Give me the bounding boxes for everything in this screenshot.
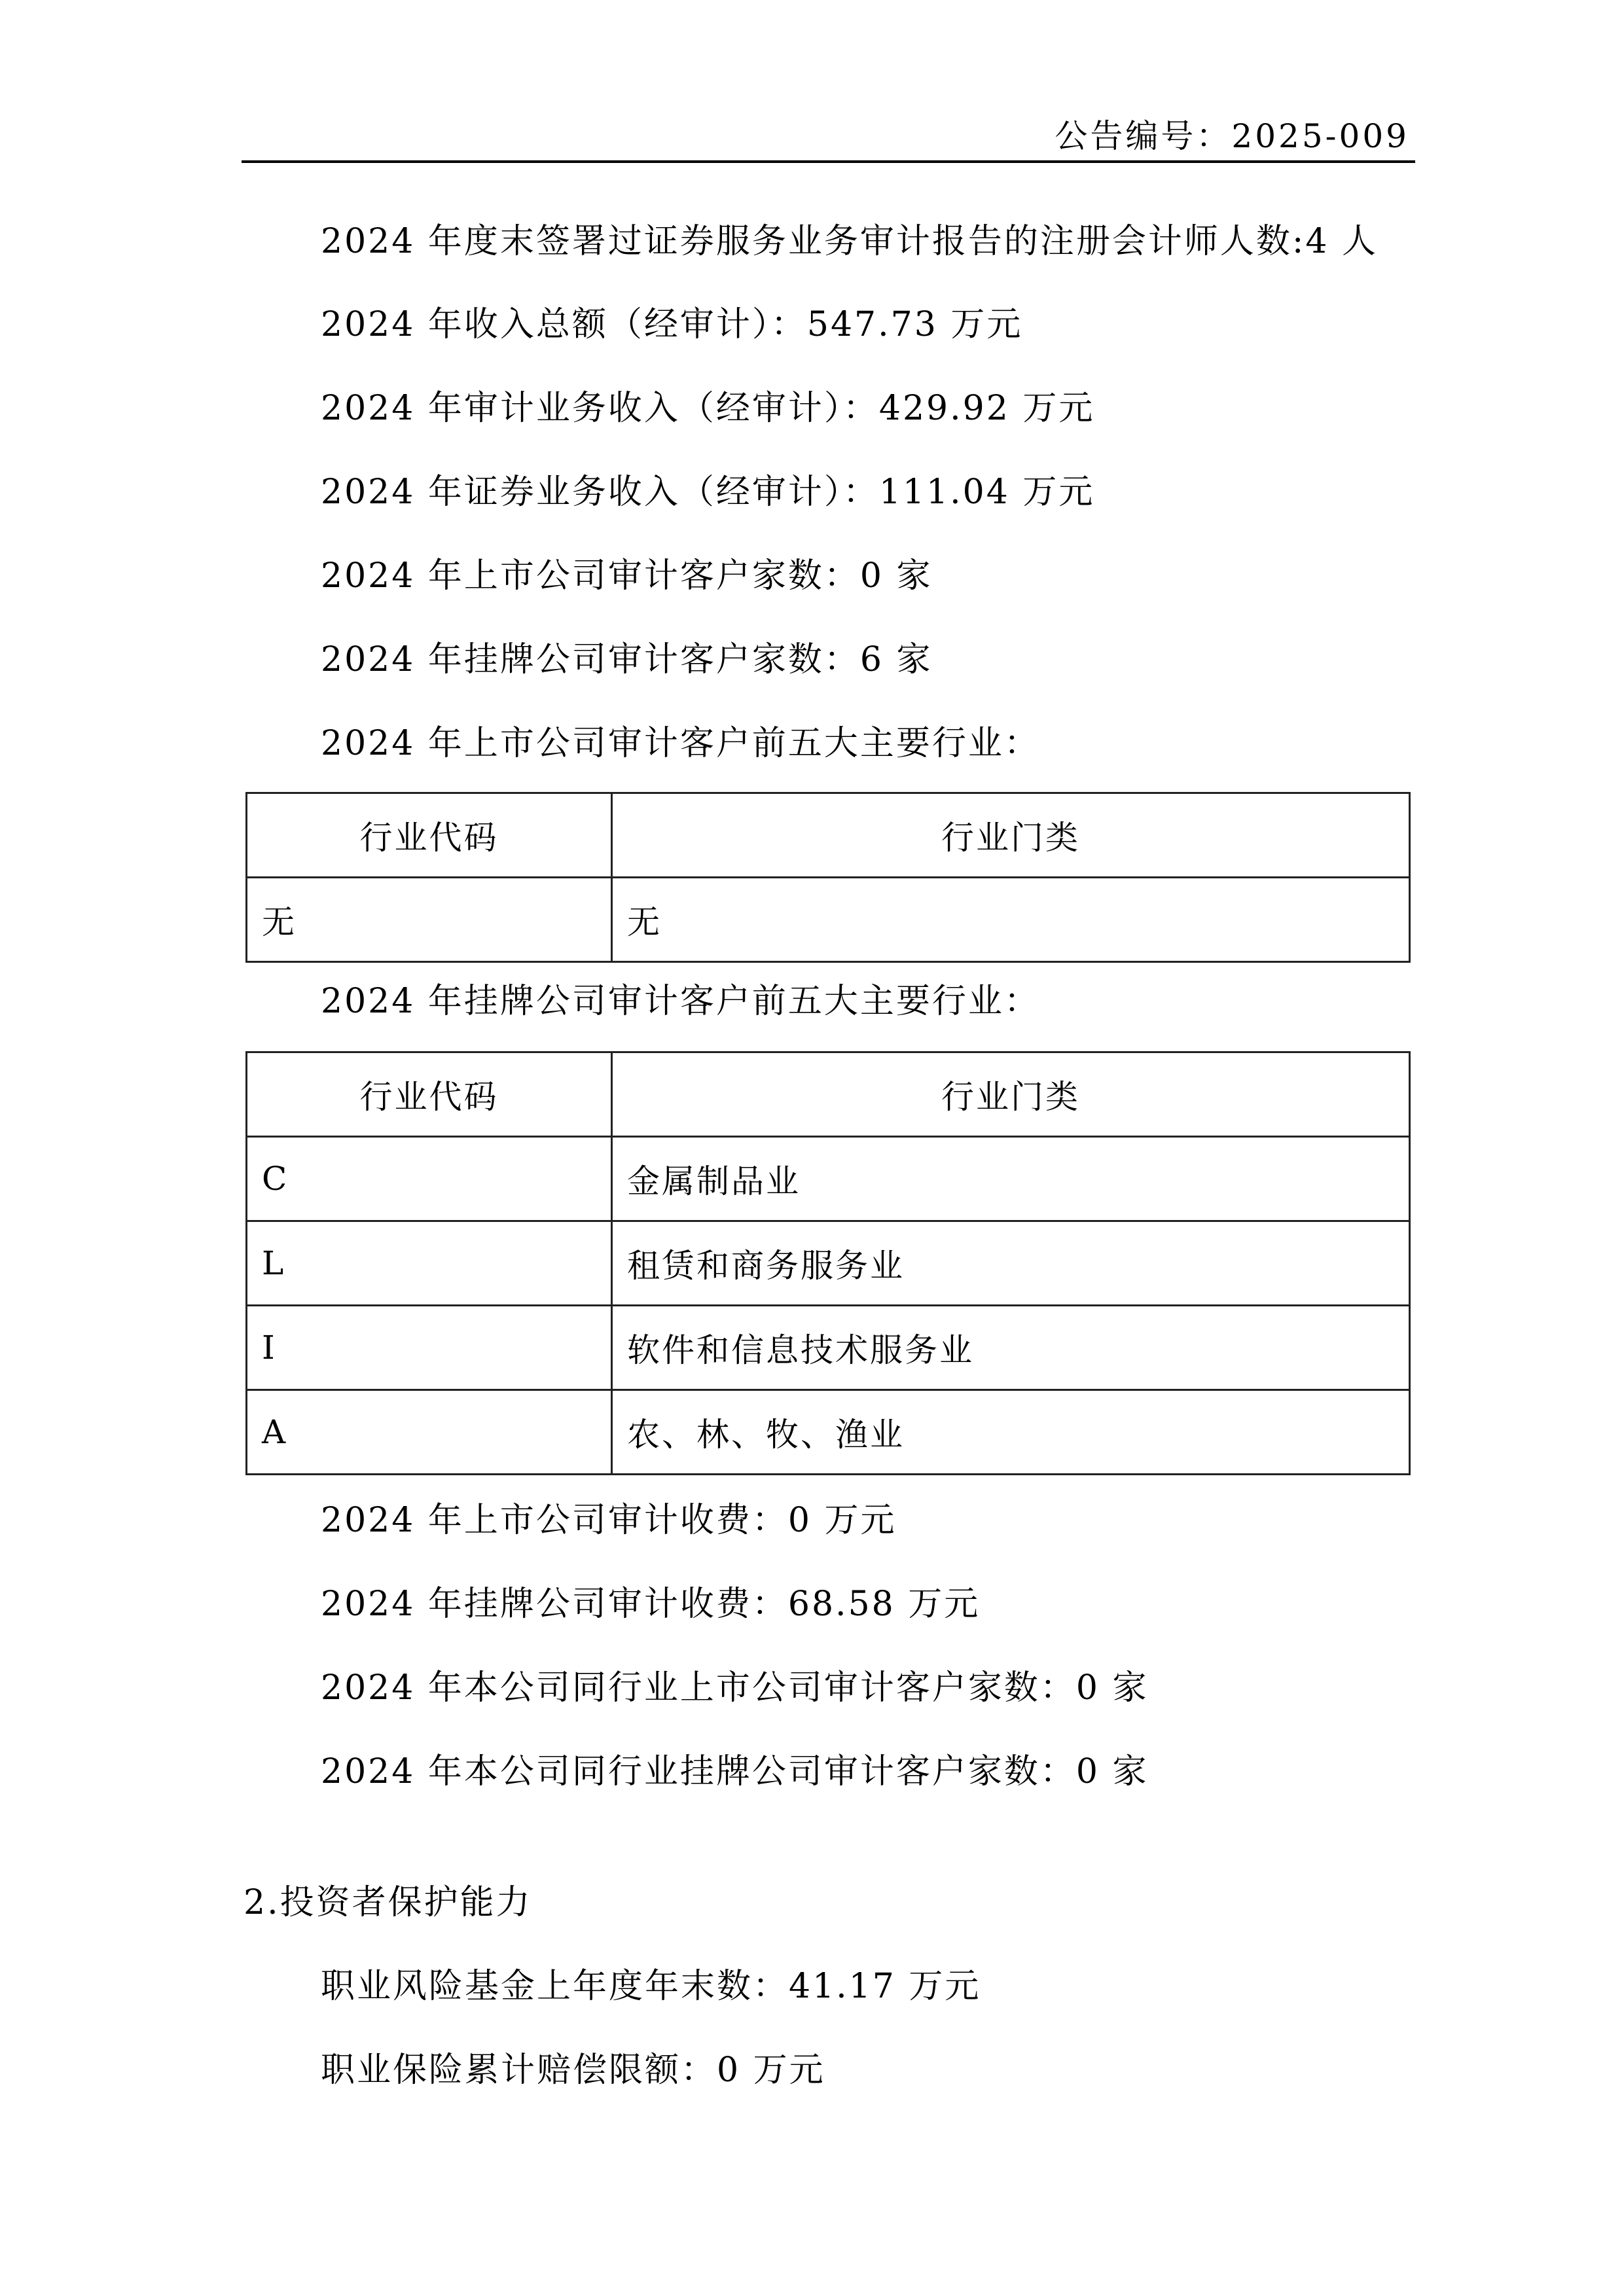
listed-industries-title: 2024 年上市公司审计客户前五大主要行业： [321,723,1040,764]
nsq-industries-title: 2024 年挂牌公司审计客户前五大主要行业： [321,980,1040,1022]
industry-code-cell: L [247,1221,612,1306]
industry-code-cell: C [247,1137,612,1221]
table-row: A 农、林、牧、渔业 [247,1390,1410,1475]
nsq-fee-line: 2024 年挂牌公司审计收费：68.58 万元 [321,1583,980,1625]
insurance-limit-line: 职业保险累计赔偿限额：0 万元 [321,2049,825,2091]
nsq-industries-table: 行业代码 行业门类 C 金属制品业 L 租赁和商务服务业 I 软件和信息技术服务… [245,1051,1411,1475]
industry-code-cell: I [247,1306,612,1390]
risk-fund-line: 职业风险基金上年度年末数：41.17 万元 [321,1965,981,2007]
listed-fee-line: 2024 年上市公司审计收费：0 万元 [321,1499,896,1541]
nsq-clients-line: 2024 年挂牌公司审计客户家数：6 家 [321,639,932,681]
table-row: L 租赁和商务服务业 [247,1221,1410,1306]
audit-revenue-line: 2024 年审计业务收入（经审计）：429.92 万元 [321,387,1094,429]
industry-category-cell: 金属制品业 [612,1137,1410,1221]
peer-listed-clients-line: 2024 年本公司同行业上市公司审计客户家数：0 家 [321,1667,1148,1709]
industry-category-cell: 农、林、牧、渔业 [612,1390,1410,1475]
announcement-number: 公告编号：2025-009 [1055,117,1409,156]
industry-code-cell: 无 [247,878,612,962]
industry-category-cell: 无 [612,878,1410,962]
header-rule [242,160,1415,163]
header-industry-code: 行业代码 [247,793,612,878]
table-row: C 金属制品业 [247,1137,1410,1221]
total-revenue-line: 2024 年收入总额（经审计）：547.73 万元 [321,304,1022,346]
listed-industries-table: 行业代码 行业门类 无 无 [245,792,1411,963]
cpa-count-line: 2024 年度末签署过证券服务业务审计报告的注册会计师人数:4 人 [321,221,1378,262]
table-row: I 软件和信息技术服务业 [247,1306,1410,1390]
listed-clients-line: 2024 年上市公司审计客户家数：0 家 [321,555,932,597]
header-industry-category: 行业门类 [612,793,1410,878]
table-header-row: 行业代码 行业门类 [247,793,1410,878]
header-industry-category: 行业门类 [612,1052,1410,1137]
industry-code-cell: A [247,1390,612,1475]
table-row: 无 无 [247,878,1410,962]
table-header-row: 行业代码 行业门类 [247,1052,1410,1137]
section-heading-investor-protection: 2.投资者保护能力 [244,1882,532,1924]
header-industry-code: 行业代码 [247,1052,612,1137]
industry-category-cell: 租赁和商务服务业 [612,1221,1410,1306]
industry-category-cell: 软件和信息技术服务业 [612,1306,1410,1390]
securities-revenue-line: 2024 年证券业务收入（经审计）：111.04 万元 [321,471,1094,513]
peer-nsq-clients-line: 2024 年本公司同行业挂牌公司审计客户家数：0 家 [321,1751,1148,1793]
